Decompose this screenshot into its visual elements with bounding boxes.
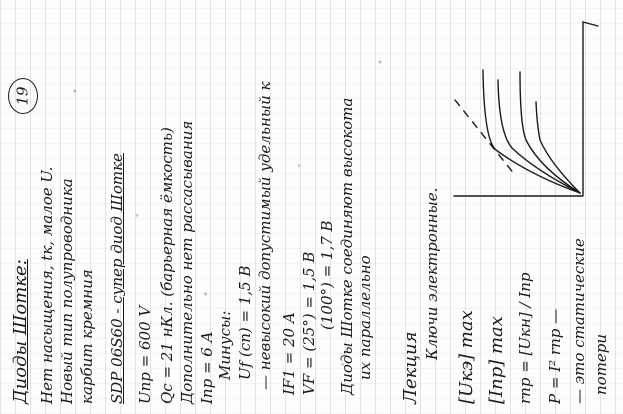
note-line: Дополнительно нет рассасывания	[180, 121, 195, 404]
note-line: Диоды Шотке соединяют высокота	[340, 98, 355, 395]
note-line: их параллельно	[358, 255, 373, 380]
formula: [Uкэ] max	[458, 310, 476, 404]
scanned-page: 19 Диоды Шотке: Нет насыщения, tк, малое…	[0, 0, 623, 414]
note-line: Нет насыщения, tк, малое U.	[40, 167, 55, 404]
note-line: карбит кремния	[80, 269, 95, 404]
characteristic-curves-graph	[440, 0, 623, 210]
note-line: Uпр = 600 V	[138, 306, 153, 404]
page-number-badge: 19	[8, 78, 38, 114]
curve-3	[520, 72, 580, 193]
section-title: Диоды Шотке:	[12, 259, 30, 404]
note-line: (100°) = 1,7 В	[320, 220, 335, 330]
formula: потери	[594, 334, 609, 395]
note-line: VF = (25°) = 1,5 В	[302, 252, 317, 395]
formula: P = I² rпр —	[548, 309, 563, 404]
note-line: Uf (сп) = 1,5 В	[238, 266, 253, 380]
note-line: Новый тип полупроводника	[60, 178, 75, 404]
note-line: Минусы:	[218, 311, 233, 380]
lecture-heading: Лекция	[402, 332, 420, 405]
formula: rпр = [Uкн] / Iпр	[518, 273, 533, 405]
device-text: SDP 06S60 - супер диод Шотке	[108, 153, 126, 404]
note-line-device: SDP 06S60 - супер диод Шотке	[110, 153, 125, 404]
formula: [Iпр] max	[488, 316, 506, 404]
note-line: — невысокий допустимый удельный к	[258, 81, 273, 390]
note-line: Iпр = 6 A	[200, 332, 215, 404]
note-line: IF1 = 20 A	[282, 312, 297, 395]
note-line: Qc = 21 нКл. (барьерная ёмкость)	[160, 127, 175, 404]
formula: — это статические	[572, 238, 587, 404]
lecture-subheading: Ключи электронные.	[425, 188, 440, 360]
curve-4	[536, 102, 580, 193]
page-number: 19	[14, 86, 32, 105]
